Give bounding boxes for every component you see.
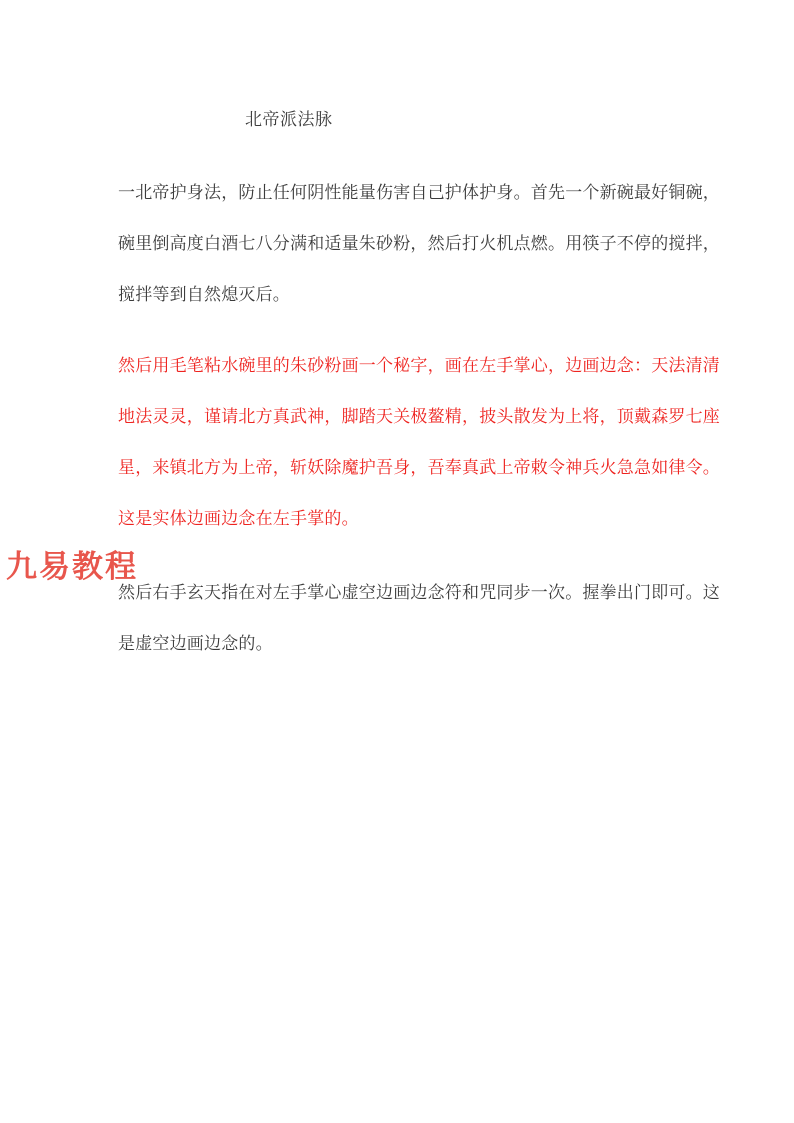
document-title: 北帝派法脉 bbox=[245, 95, 680, 146]
paragraph-intro: 一北帝护身法，防止任何阴性能量伤害自己护体护身。首先一个新碗最好铜碗，碗里倒高度… bbox=[118, 168, 680, 321]
document-page: 北帝派法脉 一北帝护身法，防止任何阴性能量伤害自己护体护身。首先一个新碗最好铜碗… bbox=[0, 0, 794, 1123]
text-line: 是虚空边画边念的。 bbox=[118, 619, 680, 670]
watermark-logo: 九易教程 bbox=[6, 541, 138, 586]
text-line: 一北帝护身法，防止任何阴性能量伤害自己护体护身。首先一个新碗最好铜碗， bbox=[118, 168, 680, 219]
text-line: 然后右手玄天指在对左手掌心虚空边画边念符和咒同步一次。握拳出门即可。这 bbox=[118, 568, 680, 619]
text-line: 星，来镇北方为上帝，斩妖除魔护吾身，吾奉真武上帝敕令神兵火急急如律令。 bbox=[118, 443, 680, 494]
paragraph-incantation: 然后用毛笔粘水碗里的朱砂粉画一个秘字，画在左手掌心，边画边念：天法清清地法灵灵，… bbox=[118, 341, 680, 545]
text-line: 地法灵灵，谨请北方真武神，脚踏天关极鳌精，披头散发为上将，顶戴森罗七座 bbox=[118, 392, 680, 443]
text-line: 碗里倒高度白酒七八分满和适量朱砂粉，然后打火机点燃。用筷子不停的搅拌， bbox=[118, 219, 680, 270]
text-line: 搅拌等到自然熄灭后。 bbox=[118, 270, 680, 321]
text-line: 然后用毛笔粘水碗里的朱砂粉画一个秘字，画在左手掌心，边画边念：天法清清 bbox=[118, 341, 680, 392]
paragraphs-container: 一北帝护身法，防止任何阴性能量伤害自己护体护身。首先一个新碗最好铜碗，碗里倒高度… bbox=[118, 168, 680, 670]
text-line: 这是实体边画边念在左手掌的。 bbox=[118, 494, 680, 545]
paragraph-closing: 然后右手玄天指在对左手掌心虚空边画边念符和咒同步一次。握拳出门即可。这是虚空边画… bbox=[118, 568, 680, 670]
document-content: 北帝派法脉 一北帝护身法，防止任何阴性能量伤害自己护体护身。首先一个新碗最好铜碗… bbox=[118, 0, 680, 670]
